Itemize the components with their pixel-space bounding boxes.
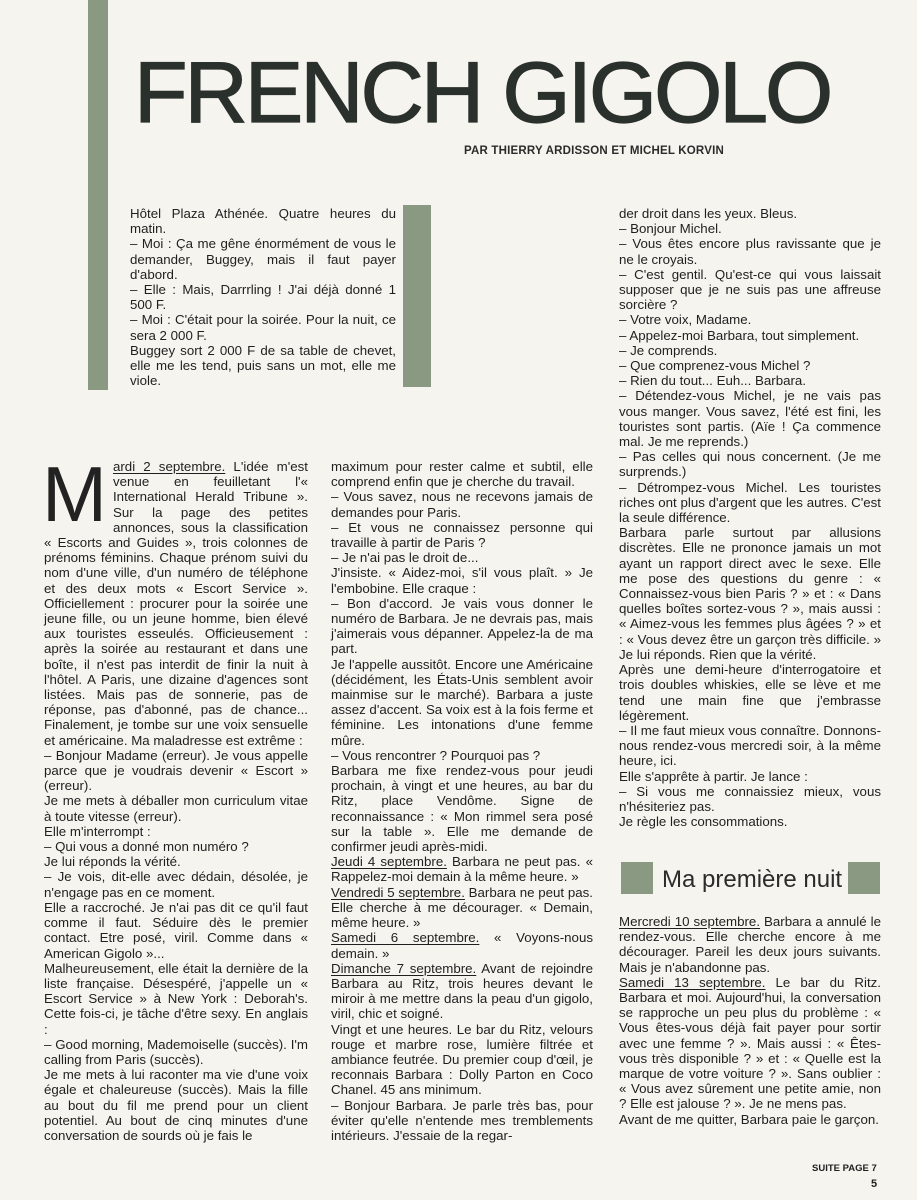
paragraph: maximum pour rester calme et subtil, ell…: [331, 459, 593, 489]
date-heading: Samedi 13 septembre.: [619, 975, 765, 990]
dated-entry: Jeudi 4 septembre. Barbara ne peut pas. …: [331, 854, 593, 884]
paragraph: – Bonjour Michel.: [619, 221, 881, 236]
dated-entry: Samedi 6 septembre. « Voyons-nous demain…: [331, 930, 593, 960]
paragraph: – Que comprenez-vous Michel ?: [619, 358, 881, 373]
intro-block: Hôtel Plaza Athénée. Quatre heures du ma…: [130, 206, 396, 388]
dated-entry: Dimanche 7 septembre. Avant de rejoindre…: [331, 961, 593, 1022]
intro-line: – Moi : Ça me gêne énormément de vous le…: [130, 236, 396, 282]
paragraph: – Bonjour Madame (erreur). Je vous appel…: [44, 748, 308, 794]
paragraph: Après une demi-heure d'interrogatoire et…: [619, 662, 881, 723]
intro-line: – Elle : Mais, Darrrling ! J'ai déjà don…: [130, 282, 396, 312]
paragraph: Avant de me quitter, Barbara paie le gar…: [619, 1112, 881, 1127]
paragraph: – Votre voix, Madame.: [619, 312, 881, 327]
paragraph: Vingt et une heures. Le bar du Ritz, vel…: [331, 1022, 593, 1098]
paragraph: – Détendez-vous Michel, je ne vais pas v…: [619, 388, 881, 449]
subheading-box-right: [848, 862, 880, 894]
title-accent-bar: [88, 0, 108, 390]
paragraph: Je lui réponds la vérité.: [44, 854, 308, 869]
paragraph: Je me mets à lui raconter ma vie d'une v…: [44, 1067, 308, 1143]
paragraph: J'insiste. « Aidez-moi, s'il vous plaît.…: [331, 565, 593, 595]
intro-accent-bar-right: [403, 205, 431, 387]
paragraph: – Vous rencontrer ? Pourquoi pas ?: [331, 748, 593, 763]
paragraph: Barbara me fixe rendez-vous pour jeudi p…: [331, 763, 593, 854]
drop-cap: M: [42, 463, 107, 525]
subheading-box-left: [621, 862, 653, 894]
date-heading: Vendredi 5 septembre.: [331, 885, 465, 900]
date-heading: ardi 2 septembre.: [113, 459, 225, 474]
paragraph: Barbara parle surtout par allusions disc…: [619, 525, 881, 662]
right-column: der droit dans les yeux. Bleus. – Bonjou…: [619, 206, 881, 829]
dated-entry: Samedi 13 septembre. Le bar du Ritz. Bar…: [619, 975, 881, 1112]
intro-line: Buggey sort 2 000 F de sa table de cheve…: [130, 343, 396, 389]
continued-link: SUITE PAGE 7: [812, 1163, 877, 1174]
paragraph: – Détrompez-vous Michel. Les touristes r…: [619, 480, 881, 526]
paragraph: – Rien du tout... Euh... Barbara.: [619, 373, 881, 388]
paragraph: Je l'appelle aussitôt. Encore une Améric…: [331, 657, 593, 748]
paragraph: Elle m'interrompt :: [44, 824, 308, 839]
date-heading: Samedi 6 septembre.: [331, 930, 479, 945]
intro-line: Hôtel Plaza Athénée. Quatre heures du ma…: [130, 206, 396, 236]
paragraph: Je règle les consommations.: [619, 814, 881, 829]
paragraph: – Pas celles qui nous concernent. (Je me…: [619, 449, 881, 479]
paragraph: – Et vous ne connaissez personne qui tra…: [331, 520, 593, 550]
paragraph: – Vous savez, nous ne recevons jamais de…: [331, 489, 593, 519]
paragraph: Elle s'apprête à partir. Je lance :: [619, 769, 881, 784]
paragraph: Je me mets à déballer mon curriculum vit…: [44, 793, 308, 823]
lead-paragraph: Mardi 2 septembre. L'idée m'est venue en…: [44, 459, 308, 748]
paragraph: – Qui vous a donné mon numéro ?: [44, 839, 308, 854]
paragraph: – Bonjour Barbara. Je parle très bas, po…: [331, 1098, 593, 1144]
date-heading: Dimanche 7 septembre.: [331, 961, 476, 976]
date-heading: Jeudi 4 septembre.: [331, 854, 447, 869]
paragraph: – Good morning, Mademoiselle (succès). I…: [44, 1037, 308, 1067]
dated-entry: Mercredi 10 septembre. Barbara a annulé …: [619, 914, 881, 975]
intro-line: – Moi : C'était pour la soirée. Pour la …: [130, 312, 396, 342]
article-title: FRENCH GIGOLO: [134, 50, 830, 136]
paragraph: – Je vois, dit-elle avec dédain, désolée…: [44, 869, 308, 899]
paragraph: – Appelez-moi Barbara, tout simplement.: [619, 328, 881, 343]
paragraph: – Bon d'accord. Je vais vous donner le n…: [331, 596, 593, 657]
paragraph: – Je comprends.: [619, 343, 881, 358]
paragraph: Elle a raccroché. Je n'ai pas dit ce qu'…: [44, 900, 308, 961]
paragraph: – Il me faut mieux vous connaître. Donno…: [619, 723, 881, 769]
paragraph: – Si vous me connaissiez mieux, vous n'h…: [619, 784, 881, 814]
paragraph: – Vous êtes encore plus ravissante que j…: [619, 236, 881, 266]
page-number: 5: [871, 1178, 877, 1190]
subheading: Ma première nuit: [662, 866, 842, 894]
right-column-continued: Mercredi 10 septembre. Barbara a annulé …: [619, 914, 881, 1127]
paragraph: der droit dans les yeux. Bleus.: [619, 206, 881, 221]
paragraph: Malheureusement, elle était la dernière …: [44, 961, 308, 1037]
dated-entry: Vendredi 5 septembre. Barbara ne peut pa…: [331, 885, 593, 931]
left-column: Mardi 2 septembre. L'idée m'est venue en…: [44, 459, 308, 1143]
date-heading: Mercredi 10 septembre.: [619, 914, 760, 929]
byline: PAR THIERRY ARDISSON ET MICHEL KORVIN: [464, 145, 724, 157]
paragraph: – C'est gentil. Qu'est-ce qui vous laiss…: [619, 267, 881, 313]
paragraph: – Je n'ai pas le droit de...: [331, 550, 593, 565]
middle-column: maximum pour rester calme et subtil, ell…: [331, 459, 593, 1143]
